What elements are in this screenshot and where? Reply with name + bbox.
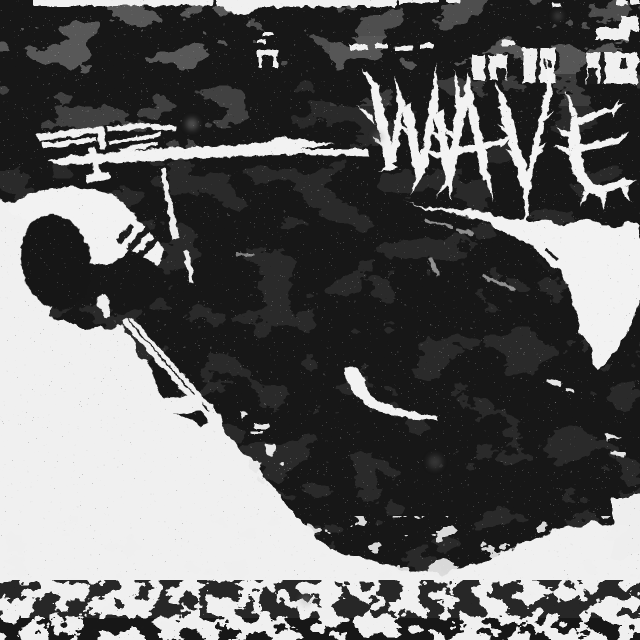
album-art: WAVE — [0, 0, 640, 640]
bottom-mottle — [0, 516, 640, 640]
album-art-canvas — [0, 0, 640, 640]
